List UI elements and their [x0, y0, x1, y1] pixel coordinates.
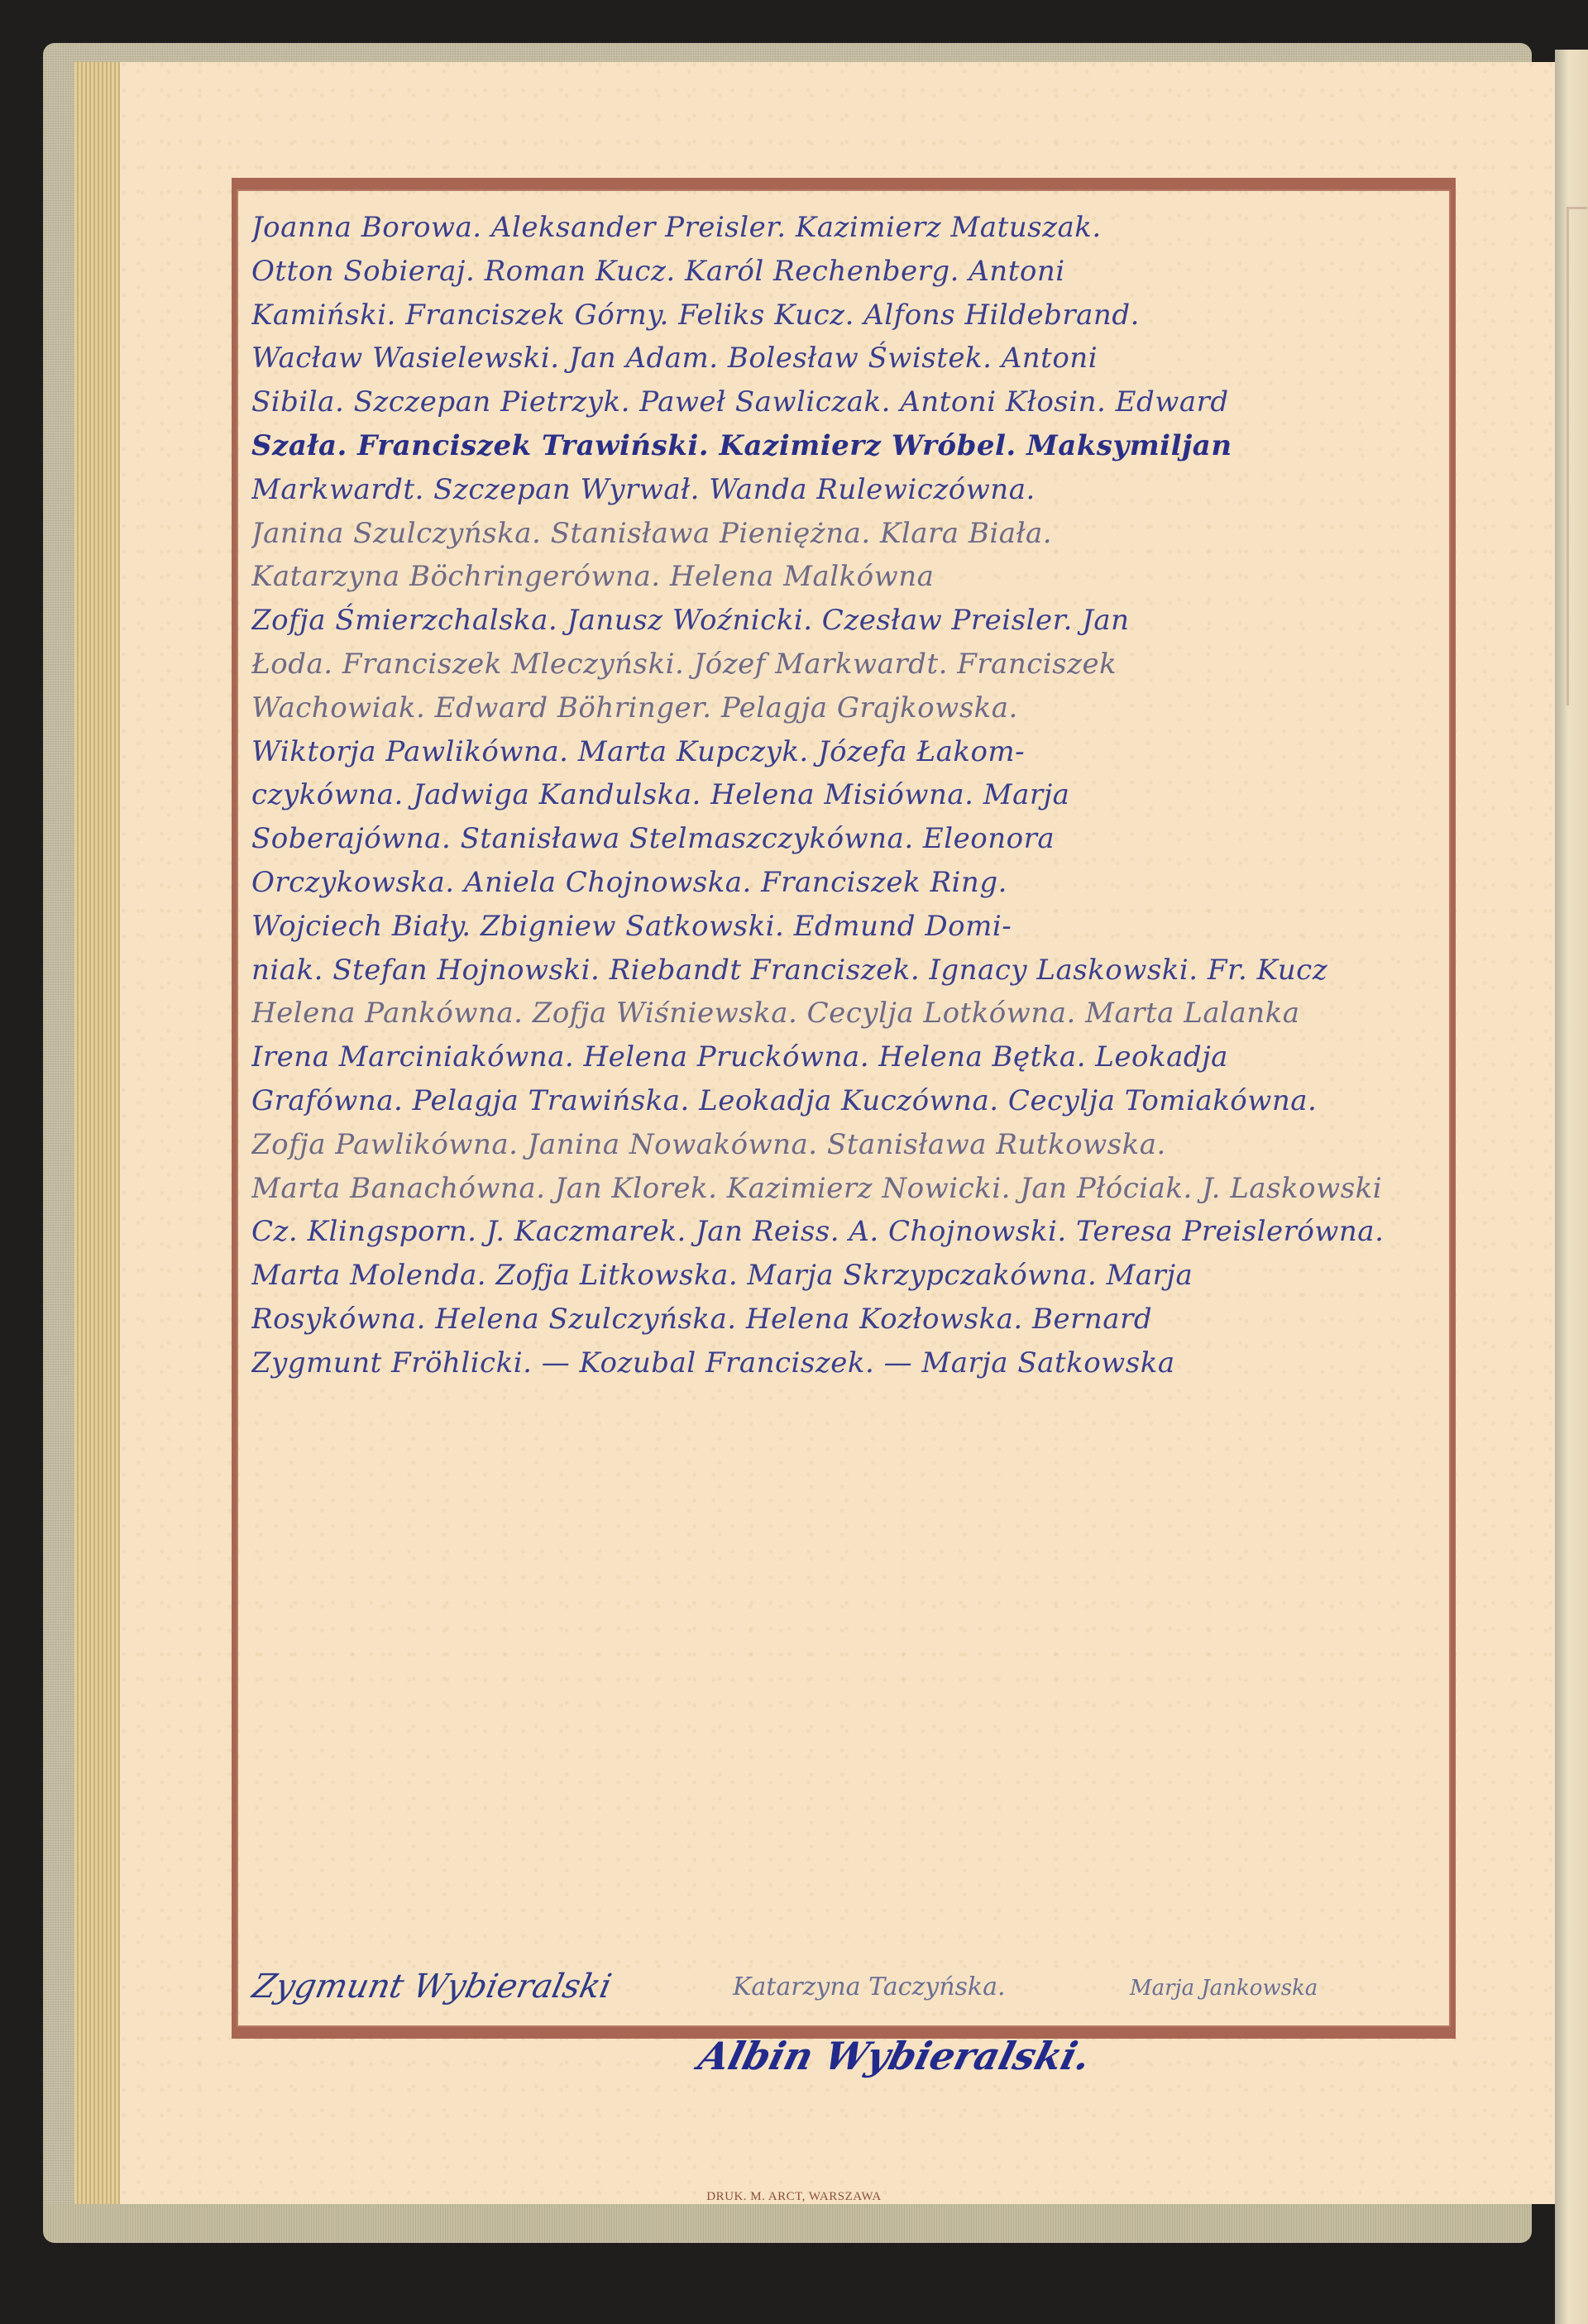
handwritten-line: Orczykowska. Aniela Chojnowska. Francisz… — [251, 861, 1442, 905]
printer-imprint: DRUK. M. ARCT, WARSZAWA — [0, 2190, 1588, 2204]
handwritten-line: czykówna. Jadwiga Kandulska. Helena Misi… — [251, 773, 1442, 817]
handwritten-line: Markwardt. Szczepan Wyrwał. Wanda Rulewi… — [251, 468, 1442, 512]
adjacent-page-strip — [1555, 50, 1588, 2324]
handwritten-line: Soberajówna. Stanisława Stelmaszczykówna… — [251, 817, 1442, 861]
handwritten-line: Wiktorja Pawlikówna. Marta Kupczyk. Józe… — [251, 730, 1442, 774]
handwritten-line: Irena Marciniakówna. Helena Pruckówna. H… — [251, 1035, 1442, 1079]
signature: Marja Jankowska — [1130, 1976, 1318, 2001]
book-binding-bottom — [43, 2204, 1532, 2241]
handwritten-line: Joanna Borowa. Aleksander Preisler. Kazi… — [251, 206, 1442, 250]
handwritten-line: Szała. Franciszek Trawiński. Kazimierz W… — [251, 424, 1442, 468]
handwritten-line: Wacław Wasielewski. Jan Adam. Bolesław Ś… — [251, 337, 1442, 380]
handwritten-line: Rosykówna. Helena Szulczyńska. Helena Ko… — [251, 1298, 1442, 1341]
handwritten-line: Zygmunt Fröhlicki. — Kozubal Franciszek.… — [251, 1341, 1442, 1385]
handwritten-line: Otton Sobieraj. Roman Kucz. Karól Rechen… — [251, 250, 1442, 294]
handwritten-line: niak. Stefan Hojnowski. Riebandt Francis… — [251, 949, 1442, 992]
handwritten-line: Sibila. Szczepan Pietrzyk. Paweł Sawlicz… — [251, 380, 1442, 424]
handwritten-line: Marta Banachówna. Jan Klorek. Kazimierz … — [251, 1167, 1442, 1211]
handwritten-line: Grafówna. Pelagja Trawińska. Leokadja Ku… — [251, 1079, 1442, 1123]
adjacent-page-ornament — [1566, 207, 1587, 705]
handwritten-line: Łoda. Franciszek Mleczyński. Józef Markw… — [251, 643, 1442, 686]
handwritten-line: Wojciech Biały. Zbigniew Satkowski. Edmu… — [251, 905, 1442, 949]
handwritten-line: Katarzyna Böchringerówna. Helena Malkówn… — [251, 555, 1442, 599]
handwritten-line: Janina Szulczyńska. Stanisława Pieniężna… — [251, 512, 1442, 556]
handwritten-line: Wachowiak. Edward Böhringer. Pelagja Gra… — [251, 686, 1442, 730]
signature: Katarzyna Taczyńska. — [733, 1973, 1006, 2001]
signature-block: Zygmunt Wybieralski Katarzyna Taczyńska.… — [253, 1968, 1442, 2092]
handwritten-line: Helena Pankówna. Zofja Wiśniewska. Cecyl… — [251, 992, 1442, 1035]
handwritten-line: Marta Molenda. Zofja Litkowska. Marja Sk… — [251, 1254, 1442, 1298]
signature: Zygmunt Wybieralski — [249, 1968, 615, 2006]
handwritten-line: Kamiński. Franciszek Górny. Feliks Kucz.… — [251, 294, 1442, 337]
decorative-frame: Joanna Borowa. Aleksander Preisler. Kazi… — [232, 178, 1456, 2039]
signature-lines: Joanna Borowa. Aleksander Preisler. Kazi… — [251, 206, 1442, 1385]
handwritten-line: Zofja Pawlikówna. Janina Nowakówna. Stan… — [251, 1123, 1442, 1167]
handwritten-line: Zofja Śmierzchalska. Janusz Woźnicki. Cz… — [251, 599, 1442, 643]
handwritten-line: Cz. Klingsporn. J. Kaczmarek. Jan Reiss.… — [251, 1210, 1442, 1254]
signature: Albin Wybieralski. — [694, 2034, 1095, 2078]
